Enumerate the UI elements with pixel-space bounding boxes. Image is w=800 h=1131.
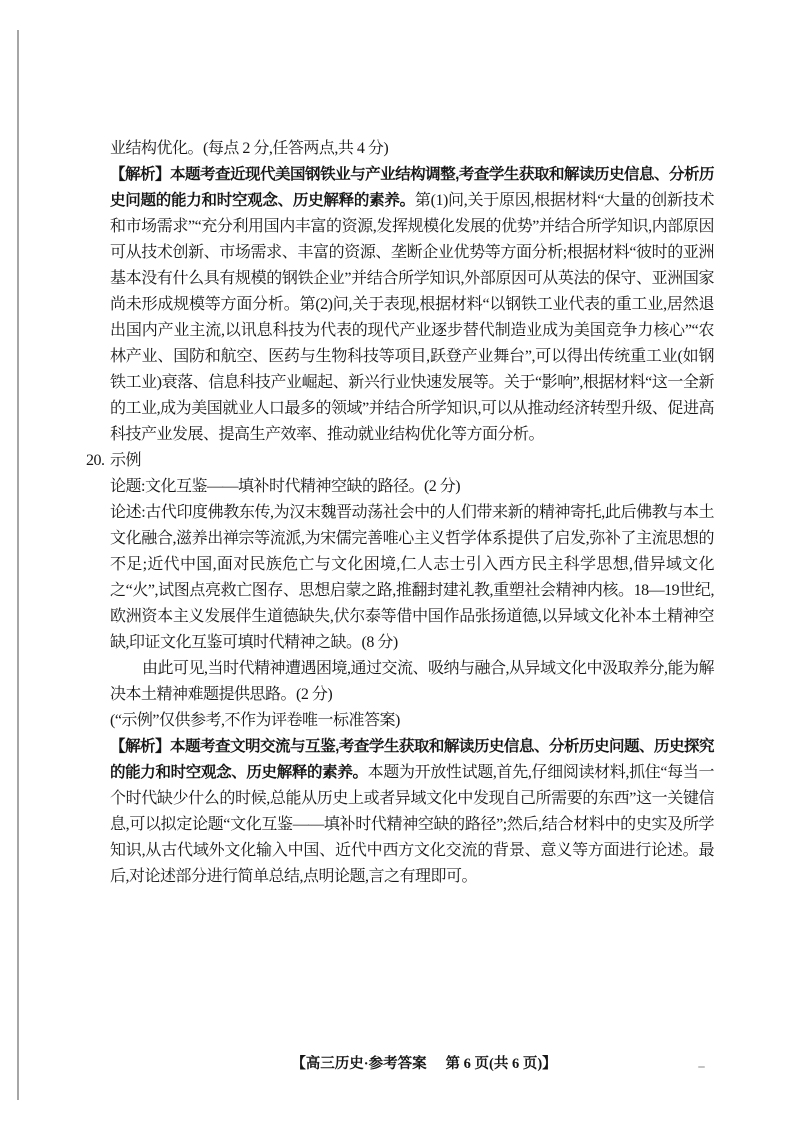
- q20-thesis-line: 论题:文化互鉴——填补时代精神空缺的路径。(2 分): [110, 474, 714, 500]
- q19-analysis-body: 第(1)问,关于原因,根据材料“大量的创新技术和市场需求”“充分利用国内丰富的资…: [110, 192, 714, 443]
- q19-score-note-line: 业结构优化。(每点 2 分,任答两点,共 4 分): [110, 136, 714, 162]
- scan-edge-line: [17, 30, 19, 1100]
- q20-item-title: 示例: [110, 452, 141, 469]
- footer-exam-label: 【高三历史·参考答案: [291, 1056, 426, 1072]
- footer-page-indicator: 第 6 页(共 6 页)】: [446, 1056, 557, 1072]
- q20-conclusion-paragraph: 由此可见,当时代精神遭遇困境,通过交流、吸纳与融合,从异域文化中汲取养分,能为解…: [110, 656, 714, 708]
- q19-analysis-paragraph: 【解析】本题考查近现代美国钢铁业与产业结构调整,考查学生获取和解读历史信息、分析…: [110, 162, 714, 448]
- q20-analysis-paragraph: 【解析】本题考查文明交流与互鉴,考查学生获取和解读历史信息、分析历史问题、历史探…: [110, 734, 714, 890]
- scanned-answer-page: { "page": { "background": "#ffffff", "te…: [0, 0, 800, 1131]
- q20-item-head: 20.示例: [110, 448, 714, 474]
- q20-note-line: (“示例”仅供参考,不作为评卷唯一标准答案): [110, 708, 714, 734]
- q20-analysis-body: 本题为开放性试题,首先,仔细阅读材料,抓住“每当一个时代缺少什么的时候,总能从历…: [110, 764, 714, 885]
- page-footer: 【高三历史·参考答案第 6 页(共 6 页)】: [0, 1052, 800, 1073]
- q20-item-number: 20.: [86, 448, 105, 474]
- q20-argument-paragraph: 论述:古代印度佛教东传,为汉末魏晋动荡社会中的人们带来新的精神寄托,此后佛教与本…: [110, 500, 714, 656]
- answer-sheet-content: 业结构优化。(每点 2 分,任答两点,共 4 分) 【解析】本题考查近现代美国钢…: [110, 136, 714, 890]
- page-footer-text: 【高三历史·参考答案第 6 页(共 6 页)】: [291, 1052, 556, 1073]
- scan-smudge-artifact: [698, 1066, 705, 1068]
